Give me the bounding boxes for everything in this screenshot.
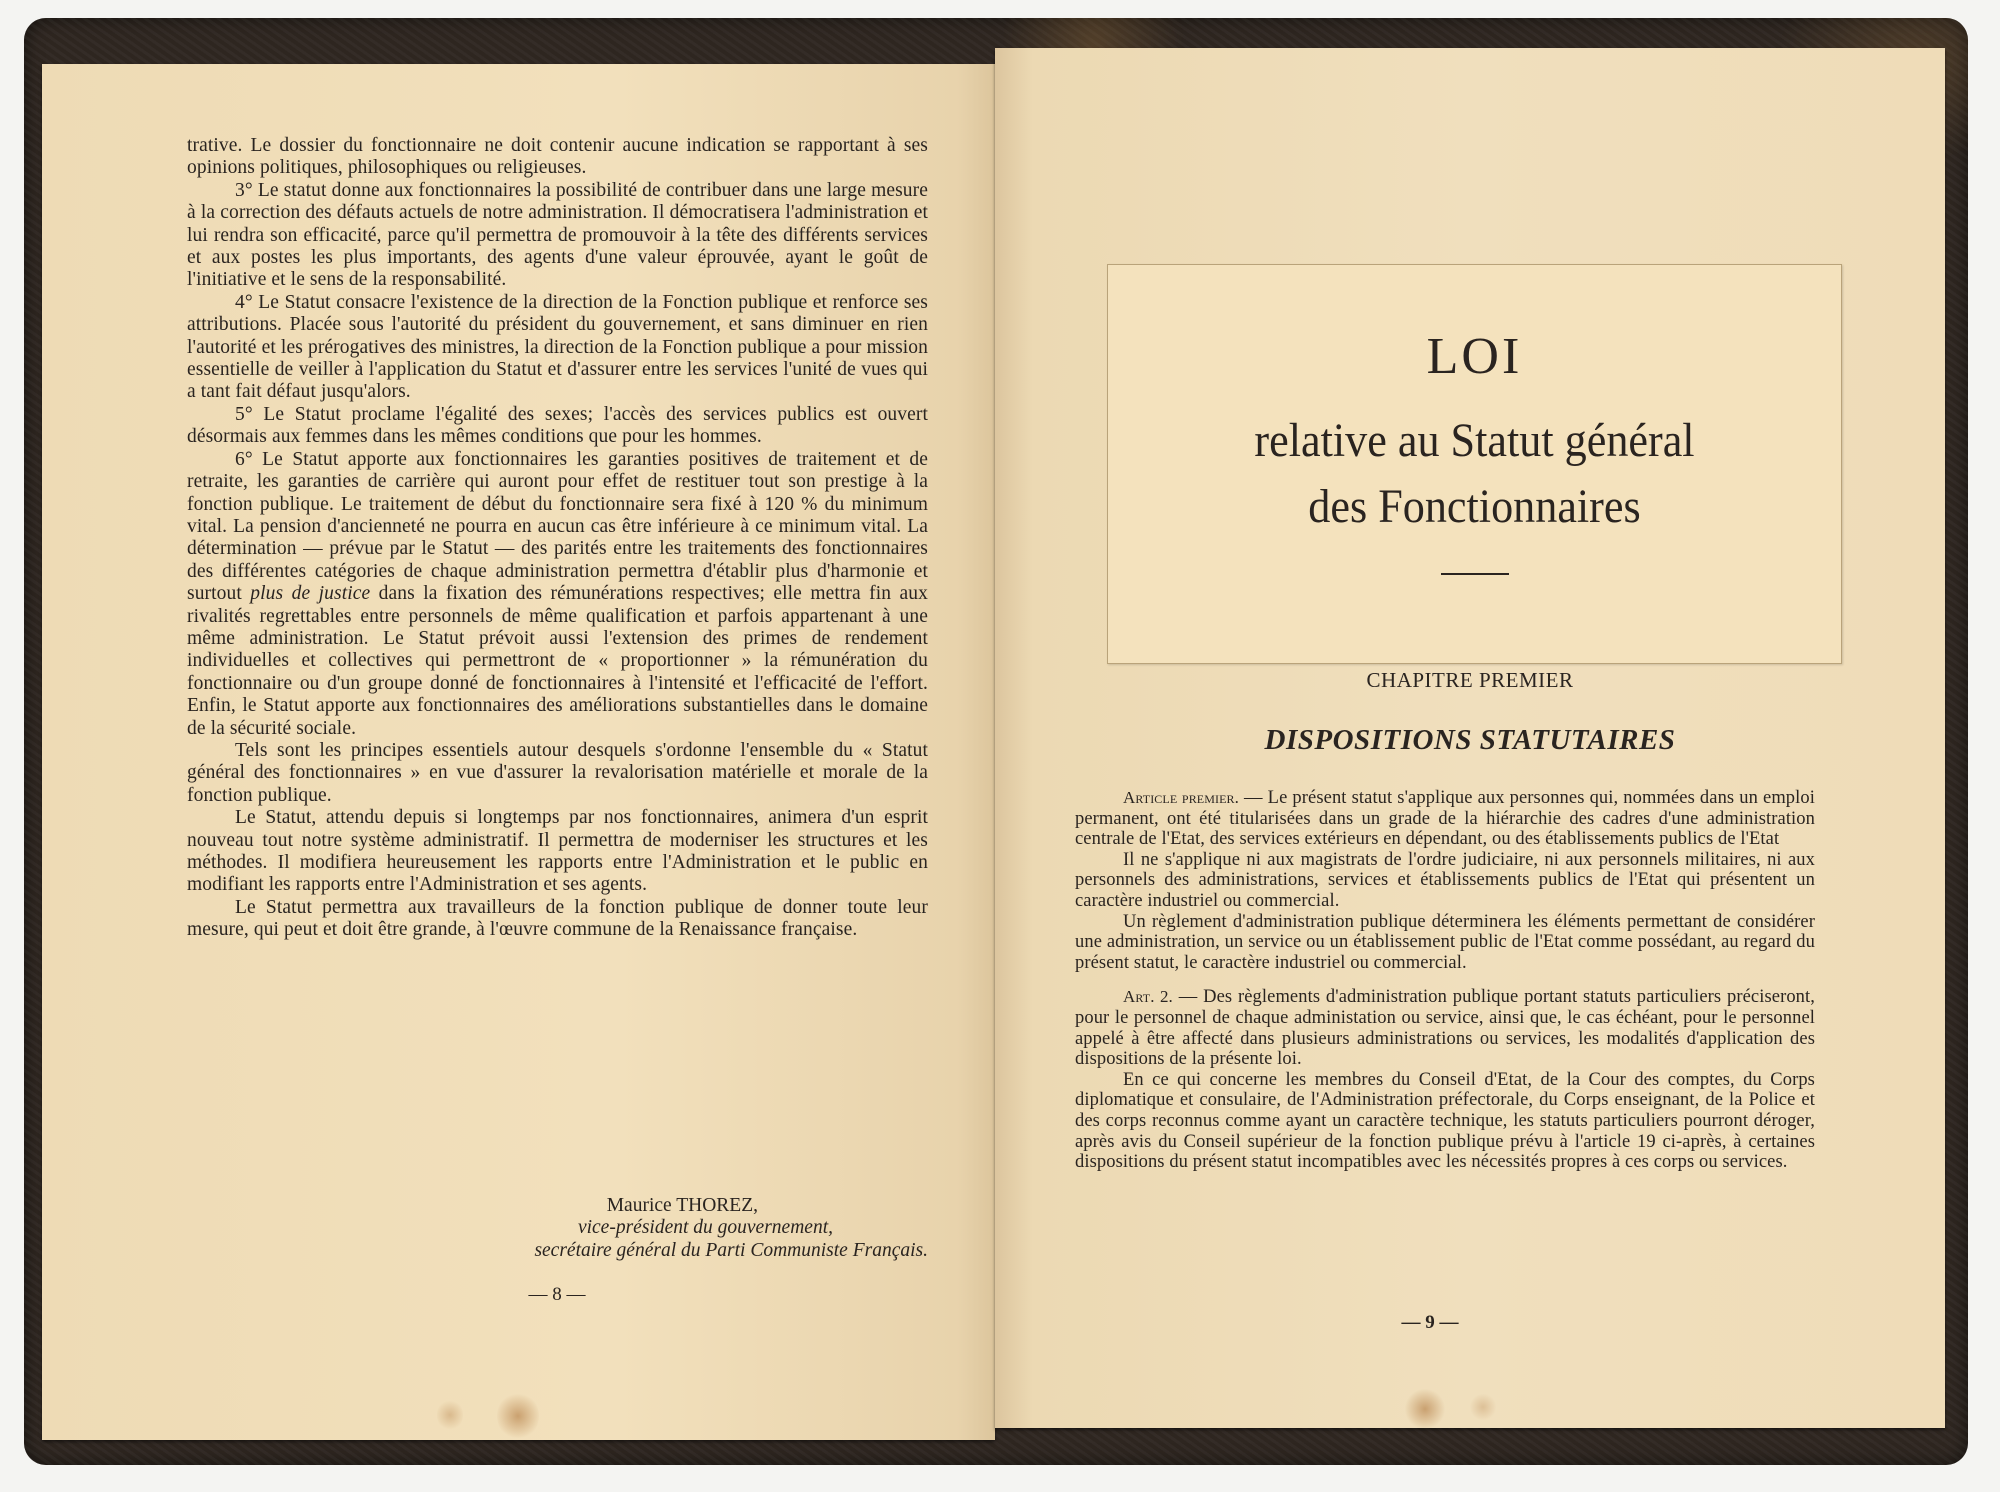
law-subtitle: relative au Statut général	[1137, 413, 1811, 468]
article-heading: Article premier.	[1123, 788, 1239, 807]
chapter-heading: CHAPITRE PREMIER	[995, 668, 1945, 693]
signatory-name: Maurice THOREZ,	[187, 1195, 928, 1217]
paragraph-5: 5° Le Statut proclame l'égalité des sexe…	[187, 404, 928, 449]
paragraph-4: 4° Le Statut consacre l'existence de la …	[187, 292, 928, 404]
law-title: LOI	[1108, 327, 1841, 386]
paragraph-closing: Le Statut permettra aux travailleurs de …	[187, 897, 928, 942]
page-number: — 8 —	[457, 1284, 657, 1306]
stain	[497, 1392, 539, 1440]
signatory-role: vice-président du gouvernement,	[187, 1217, 928, 1239]
left-page: trative. Le dossier du fonctionnaire ne …	[42, 64, 995, 1440]
law-subtitle: des Fonctionnaires	[1137, 479, 1811, 534]
paragraph-3: 3° Le statut donne aux fonctionnaires la…	[187, 180, 928, 292]
article-2: Art. 2. — Des règlements d'administratio…	[1075, 987, 1815, 1069]
article-heading: Art. 2.	[1123, 987, 1173, 1006]
paragraph: trative. Le dossier du fonctionnaire ne …	[187, 135, 928, 180]
signatory-role: secrétaire général du Parti Communiste F…	[187, 1240, 928, 1262]
paragraph: En ce qui concerne les membres du Consei…	[1075, 1070, 1815, 1173]
emphasis: plus de justice	[250, 583, 370, 604]
stain	[1470, 1393, 1496, 1421]
divider	[1441, 573, 1509, 575]
section-title: DISPOSITIONS STATUTAIRES	[995, 724, 1945, 757]
right-page-body: Article premier. — Le présent statut s'a…	[1075, 788, 1815, 1173]
right-page: LOI relative au Statut général des Fonct…	[995, 48, 1945, 1428]
article-1: Article premier. — Le présent statut s'a…	[1075, 788, 1815, 850]
paragraph: Il ne s'applique ni aux magistrats de l'…	[1075, 850, 1815, 912]
page-number: — 9 —	[1330, 1312, 1530, 1334]
paragraph: Un règlement d'administration publique d…	[1075, 912, 1815, 974]
paragraph-6: 6° Le Statut apporte aux fonctionnaires …	[187, 449, 928, 740]
signature-block: Maurice THOREZ, vice-président du gouver…	[187, 1195, 928, 1262]
left-page-body: trative. Le dossier du fonctionnaire ne …	[187, 135, 928, 942]
title-label: LOI relative au Statut général des Fonct…	[1107, 264, 1842, 664]
stain	[1405, 1388, 1445, 1430]
stain	[437, 1399, 463, 1431]
paragraph-closing: Le Statut, attendu depuis si longtemps p…	[187, 807, 928, 897]
paragraph-closing: Tels sont les principes essentiels autou…	[187, 740, 928, 807]
